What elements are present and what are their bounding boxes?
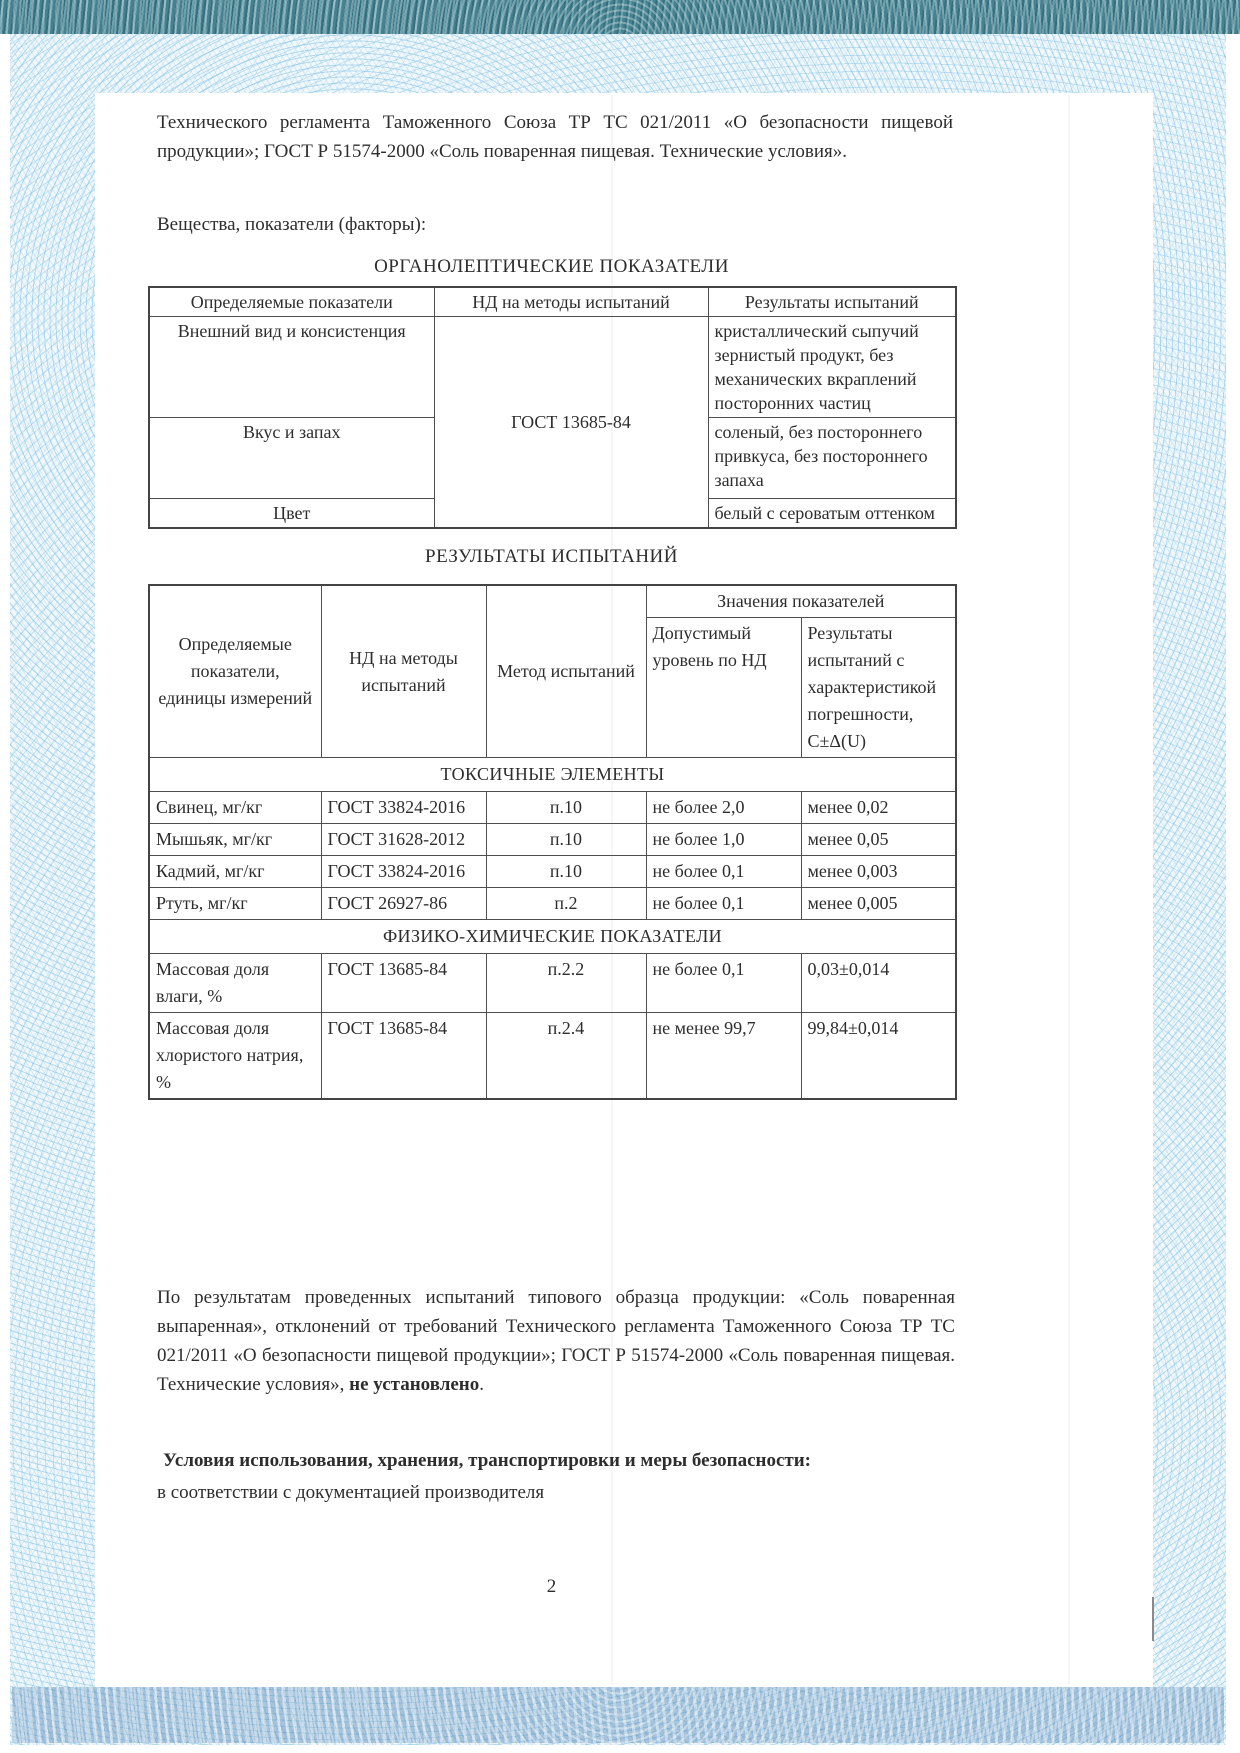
limit-cell: не более 0,1 xyxy=(646,856,801,888)
res-header-nd: НД на методы испытаний xyxy=(321,585,486,758)
result-cell: белый с сероватым оттенком xyxy=(708,499,956,529)
section-title: ФИЗИКО-ХИМИЧЕСКИЕ ПОКАЗАТЕЛИ xyxy=(149,920,956,954)
section-row-physico-chemical: ФИЗИКО-ХИМИЧЕСКИЕ ПОКАЗАТЕЛИ xyxy=(149,920,956,954)
conclusion-emphasis: не установлено xyxy=(349,1374,479,1395)
results-table: Определяемые показатели, единицы измерен… xyxy=(148,584,957,1100)
results-title: РЕЗУЛЬТАТЫ ИСПЫТАНИЙ xyxy=(148,546,955,568)
table-row: Массовая доля влаги, % ГОСТ 13685-84 п.2… xyxy=(149,954,956,1013)
limit-cell: не более 2,0 xyxy=(646,792,801,824)
page-number: 2 xyxy=(148,1576,955,1598)
section-row-toxic-elements: ТОКСИЧНЫЕ ЭЛЕМЕНТЫ xyxy=(149,758,956,792)
result-cell: 99,84±0,014 xyxy=(801,1013,956,1100)
limit-cell: не более 1,0 xyxy=(646,824,801,856)
indicator-cell: Мышьяк, мг/кг xyxy=(149,824,321,856)
result-cell: менее 0,05 xyxy=(801,824,956,856)
res-header-indicator: Определяемые показатели, единицы измерен… xyxy=(149,585,321,758)
org-header-nd: НД на методы испытаний xyxy=(434,287,708,317)
result-cell: кристаллический сыпучий зернистый продук… xyxy=(708,317,956,418)
nd-cell: ГОСТ 13685-84 xyxy=(321,1013,486,1100)
res-header-limit: Допустимый уровень по НД xyxy=(646,618,801,758)
res-header-values-group: Значения показателей xyxy=(646,585,956,618)
intro-paragraph: Технического регламента Таможенного Союз… xyxy=(157,108,953,166)
org-header-result: Результаты испытаний xyxy=(708,287,956,317)
limit-cell: не более 0,1 xyxy=(646,954,801,1013)
res-header-result: Результаты испытаний с характеристикой п… xyxy=(801,618,956,758)
res-header-method: Метод испытаний xyxy=(486,585,646,758)
section-title: ТОКСИЧНЫЕ ЭЛЕМЕНТЫ xyxy=(149,758,956,792)
organoleptic-table: Определяемые показатели НД на методы исп… xyxy=(148,286,957,529)
limit-cell: не более 0,1 xyxy=(646,888,801,920)
table-row: Кадмий, мг/кг ГОСТ 33824-2016 п.10 не бо… xyxy=(149,856,956,888)
indicator-cell: Массовая доля хлористого натрия, % xyxy=(149,1013,321,1100)
nd-cell: ГОСТ 33824-2016 xyxy=(321,792,486,824)
table-row: Свинец, мг/кг ГОСТ 33824-2016 п.10 не бо… xyxy=(149,792,956,824)
nd-cell: ГОСТ 26927-86 xyxy=(321,888,486,920)
conclusion-paragraph: По результатам проведенных испытаний тип… xyxy=(157,1283,955,1399)
conditions-value: в соответствии с документацией производи… xyxy=(157,1478,957,1508)
method-cell: ГОСТ 13685-84 xyxy=(434,317,708,529)
certificate-top-band xyxy=(0,0,1240,34)
conclusion-text: По результатам проведенных испытаний тип… xyxy=(157,1287,955,1395)
nd-cell: ГОСТ 13685-84 xyxy=(321,954,486,1013)
result-cell: менее 0,02 xyxy=(801,792,956,824)
table-row: Внешний вид и консистенция ГОСТ 13685-84… xyxy=(149,317,956,418)
indicator-cell: Внешний вид и консистенция xyxy=(149,317,434,418)
table-row: Мышьяк, мг/кг ГОСТ 31628-2012 п.10 не бо… xyxy=(149,824,956,856)
scan-fold-line xyxy=(1068,95,1070,1685)
method-cell: п.2.2 xyxy=(486,954,646,1013)
scanned-certificate-page: Технического регламента Таможенного Союз… xyxy=(0,0,1240,1753)
table-row: Ртуть, мг/кг ГОСТ 26927-86 п.2 не более … xyxy=(149,888,956,920)
substances-label: Вещества, показатели (факторы): xyxy=(157,214,657,236)
conditions-heading: Условия использования, хранения, транспо… xyxy=(163,1446,963,1476)
result-cell: 0,03±0,014 xyxy=(801,954,956,1013)
nd-cell: ГОСТ 33824-2016 xyxy=(321,856,486,888)
method-cell: п.2 xyxy=(486,888,646,920)
result-cell: соленый, без постороннего привкуса, без … xyxy=(708,418,956,499)
indicator-cell: Кадмий, мг/кг xyxy=(149,856,321,888)
scan-artifact-mark xyxy=(1152,1597,1154,1641)
method-cell: п.10 xyxy=(486,856,646,888)
table-row: Массовая доля хлористого натрия, % ГОСТ … xyxy=(149,1013,956,1100)
indicator-cell: Цвет xyxy=(149,499,434,529)
result-cell: менее 0,003 xyxy=(801,856,956,888)
indicator-cell: Массовая доля влаги, % xyxy=(149,954,321,1013)
method-cell: п.10 xyxy=(486,792,646,824)
organoleptic-title: ОРГАНОЛЕПТИЧЕСКИЕ ПОКАЗАТЕЛИ xyxy=(148,256,955,278)
org-header-indicator: Определяемые показатели xyxy=(149,287,434,317)
nd-cell: ГОСТ 31628-2012 xyxy=(321,824,486,856)
indicator-cell: Ртуть, мг/кг xyxy=(149,888,321,920)
result-cell: менее 0,005 xyxy=(801,888,956,920)
limit-cell: не менее 99,7 xyxy=(646,1013,801,1100)
method-cell: п.10 xyxy=(486,824,646,856)
conclusion-period: . xyxy=(479,1374,484,1395)
indicator-cell: Свинец, мг/кг xyxy=(149,792,321,824)
indicator-cell: Вкус и запах xyxy=(149,418,434,499)
certificate-bottom-band xyxy=(12,1687,1224,1743)
method-cell: п.2.4 xyxy=(486,1013,646,1100)
